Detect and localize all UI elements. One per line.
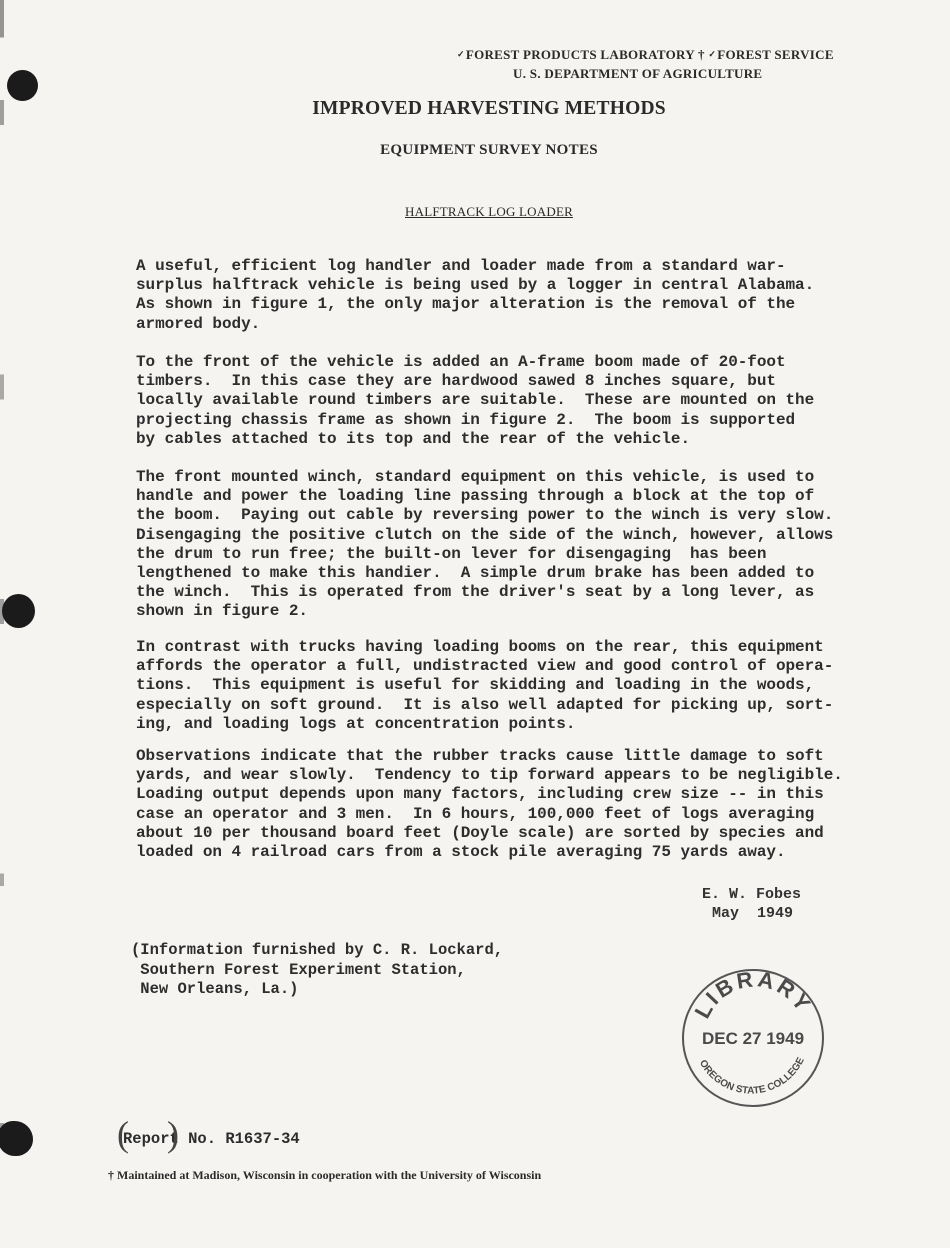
punch-hole xyxy=(7,70,38,101)
paragraph-intro: A useful, efficient log handler and load… xyxy=(136,257,856,334)
footnote: † Maintained at Madison, Wisconsin in co… xyxy=(108,1168,541,1183)
information-credit: (Information furnished by C. R. Lockard,… xyxy=(131,941,503,1000)
report-number: ( ) Report No. R1637-34 xyxy=(123,1130,300,1148)
paragraph-winch: The front mounted winch, standard equipm… xyxy=(136,468,856,622)
agency-header-line2: U. S. DEPARTMENT OF AGRICULTURE xyxy=(513,66,762,82)
punch-hole xyxy=(2,594,35,628)
author: E. W. Fobes xyxy=(702,886,801,903)
scan-edge xyxy=(0,0,4,1248)
document-subtitle: EQUIPMENT SURVEY NOTES xyxy=(14,142,950,159)
svg-text:DEC 27 1949: DEC 27 1949 xyxy=(702,1029,804,1048)
document-page: ✓FOREST PRODUCTS LABORATORY † ✓FOREST SE… xyxy=(0,0,950,1248)
document-title: IMPROVED HARVESTING METHODS xyxy=(14,98,950,120)
agency-header-line1: ✓FOREST PRODUCTS LABORATORY † ✓FOREST SE… xyxy=(457,47,834,63)
paragraph-advantages: In contrast with trucks having loading b… xyxy=(136,638,856,734)
check-mark-icon: ✓ xyxy=(457,49,465,59)
signature-date: May 1949 xyxy=(712,904,793,923)
library-stamp: LIBRARY DEC 27 1949 OREGON STATE COLLEGE xyxy=(677,962,827,1112)
punch-hole xyxy=(0,1121,33,1156)
check-mark-icon: ✓ xyxy=(708,49,716,59)
section-title: HALFTRACK LOG LOADER xyxy=(14,204,950,220)
svg-text:LIBRARY: LIBRARY xyxy=(690,966,818,1022)
svg-text:OREGON STATE COLLEGE: OREGON STATE COLLEGE xyxy=(697,1055,807,1096)
paragraph-boom: To the front of the vehicle is added an … xyxy=(136,353,856,449)
paragraph-observations: Observations indicate that the rubber tr… xyxy=(136,747,856,862)
signature-block: E. W. Fobes May 1949 xyxy=(702,885,801,923)
